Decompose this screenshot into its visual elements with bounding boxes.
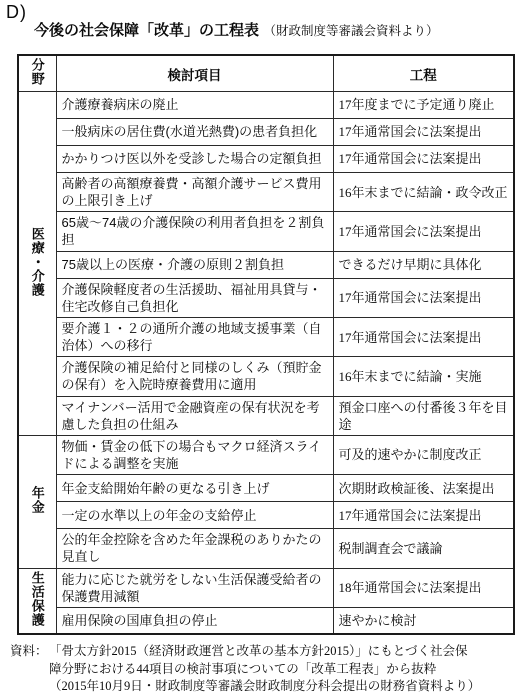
item-cell: 一定の水準以上の年金の支給停止 <box>56 502 333 529</box>
process-cell: 17年通常国会に法案提出 <box>333 278 514 317</box>
source-note-line: （2015年10月9日・財政制度等審議会財政制度分科会提出の財務省資料より） <box>49 678 525 695</box>
table-row: 介護保険軽度者の生活援助、福祉用具貸与・住宅改修自己負担化 17年通常国会に法案… <box>18 278 514 317</box>
process-cell: できるだけ早期に具体化 <box>333 251 514 278</box>
table-row: マイナンバー活用で金融資産の保有状況を考慮した負担の仕組み 預金口座への付番後３… <box>18 396 514 435</box>
item-cell: 公的年金控除を含めた年金課税のありかたの見直し <box>56 529 333 568</box>
source-note-label: 資料： <box>10 643 48 660</box>
item-cell: かかりつけ医以外を受診した場合の定額負担 <box>56 146 333 173</box>
page-header: D) 今後の社会保障「改革」の工程表 （財政制度等審議会資料より） <box>0 0 531 54</box>
table-row: 75歳以上の医療・介護の原則２割負担 できるだけ早期に具体化 <box>18 251 514 278</box>
item-cell: 65歳〜74歳の介護保険の利用者負担を２割負担 <box>56 212 333 251</box>
process-cell: 速やかに検討 <box>333 607 514 634</box>
item-cell: 高齢者の高額療養費・高額介護サービス費用の上限引き上げ <box>56 173 333 212</box>
item-cell: 雇用保険の国庫負担の停止 <box>56 607 333 634</box>
item-cell: 物価・賃金の低下の場合もマクロ経済スライドによる調整を実施 <box>56 435 333 474</box>
table-row: 65歳〜74歳の介護保険の利用者負担を２割負担 17年通常国会に法案提出 <box>18 212 514 251</box>
item-cell: 年金支給開始年齢の更なる引き上げ <box>56 475 333 502</box>
item-cell: 要介護１・２の通所介護の地域支援事業（自治体）への移行 <box>56 317 333 356</box>
table-header-row: 分野 検討項目 工程 <box>18 55 514 92</box>
document-page: D) 今後の社会保障「改革」の工程表 （財政制度等審議会資料より） 分野 検討項… <box>0 0 531 700</box>
column-header-process: 工程 <box>333 55 514 92</box>
item-cell: 介護保険軽度者の生活援助、福祉用具貸与・住宅改修自己負担化 <box>56 278 333 317</box>
table-row: 要介護１・２の通所介護の地域支援事業（自治体）への移行 17年通常国会に法案提出 <box>18 317 514 356</box>
group-label-welfare: 生活保護 <box>18 568 56 634</box>
source-note-body: 「骨太方針2015（経済財政運営と改革の基本方針2015）」にもとづく社会保 障… <box>10 643 525 695</box>
table-row: 一定の水準以上の年金の支給停止 17年通常国会に法案提出 <box>18 502 514 529</box>
table-row: 介護保険の補足給付と同様のしくみ（預貯金の保有）を入院時療養費用に適用 16年末… <box>18 357 514 396</box>
source-note: 資料： 「骨太方針2015（経済財政運営と改革の基本方針2015）」にもとづく社… <box>10 643 525 695</box>
page-title: 今後の社会保障「改革」の工程表 <box>34 22 259 39</box>
item-cell: 75歳以上の医療・介護の原則２割負担 <box>56 251 333 278</box>
process-cell: 17年度までに予定通り廃止 <box>333 92 514 119</box>
table-row: 雇用保険の国庫負担の停止 速やかに検討 <box>18 607 514 634</box>
table-row: 一般病床の居住費(水道光熱費)の患者負担化 17年通常国会に法案提出 <box>18 119 514 146</box>
column-header-field: 分野 <box>18 55 56 92</box>
table-row: 医療・介護 介護療養病床の廃止 17年度までに予定通り廃止 <box>18 92 514 119</box>
item-cell: 能力に応じた就労をしない生活保護受給者の保護費用減額 <box>56 568 333 607</box>
title-line: 今後の社会保障「改革」の工程表 （財政制度等審議会資料より） <box>34 19 438 40</box>
column-header-item: 検討項目 <box>56 55 333 92</box>
process-cell: 17年通常国会に法案提出 <box>333 317 514 356</box>
page-title-note: （財政制度等審議会資料より） <box>263 24 438 38</box>
table-row: 高齢者の高額療養費・高額介護サービス費用の上限引き上げ 16年末までに結論・政令… <box>18 173 514 212</box>
process-cell: 16年末までに結論・政令改正 <box>333 173 514 212</box>
source-note-line: 障分野における44項目の検討事項についての「改革工程表」から抜粋 <box>49 661 525 678</box>
process-cell: 税制調査会で議論 <box>333 529 514 568</box>
process-cell: 預金口座への付番後３年を目途 <box>333 396 514 435</box>
process-cell: 17年通常国会に法案提出 <box>333 502 514 529</box>
process-cell: 次期財政検証後、法案提出 <box>333 475 514 502</box>
table-row: 公的年金控除を含めた年金課税のありかたの見直し 税制調査会で議論 <box>18 529 514 568</box>
reform-roadmap-table: 分野 検討項目 工程 医療・介護 介護療養病床の廃止 17年度までに予定通り廃止… <box>17 54 515 635</box>
table-row: 年金支給開始年齢の更なる引き上げ 次期財政検証後、法案提出 <box>18 475 514 502</box>
process-cell: 17年通常国会に法案提出 <box>333 119 514 146</box>
table-row: かかりつけ医以外を受診した場合の定額負担 17年通常国会に法案提出 <box>18 146 514 173</box>
item-cell: マイナンバー活用で金融資産の保有状況を考慮した負担の仕組み <box>56 396 333 435</box>
process-cell: 17年通常国会に法案提出 <box>333 212 514 251</box>
group-label-pension: 年金 <box>18 435 56 568</box>
section-label: D) <box>6 2 27 23</box>
table-row: 年金 物価・賃金の低下の場合もマクロ経済スライドによる調整を実施 可及的速やかに… <box>18 435 514 474</box>
item-cell: 介護療養病床の廃止 <box>56 92 333 119</box>
process-cell: 18年通常国会に法案提出 <box>333 568 514 607</box>
process-cell: 16年末までに結論・実施 <box>333 357 514 396</box>
source-note-line: 「骨太方針2015（経済財政運営と改革の基本方針2015）」にもとづく社会保 <box>49 643 525 660</box>
process-cell: 可及的速やかに制度改正 <box>333 435 514 474</box>
group-label-medical-care: 医療・介護 <box>18 92 56 436</box>
process-cell: 17年通常国会に法案提出 <box>333 146 514 173</box>
item-cell: 一般病床の居住費(水道光熱費)の患者負担化 <box>56 119 333 146</box>
item-cell: 介護保険の補足給付と同様のしくみ（預貯金の保有）を入院時療養費用に適用 <box>56 357 333 396</box>
table-row: 生活保護 能力に応じた就労をしない生活保護受給者の保護費用減額 18年通常国会に… <box>18 568 514 607</box>
